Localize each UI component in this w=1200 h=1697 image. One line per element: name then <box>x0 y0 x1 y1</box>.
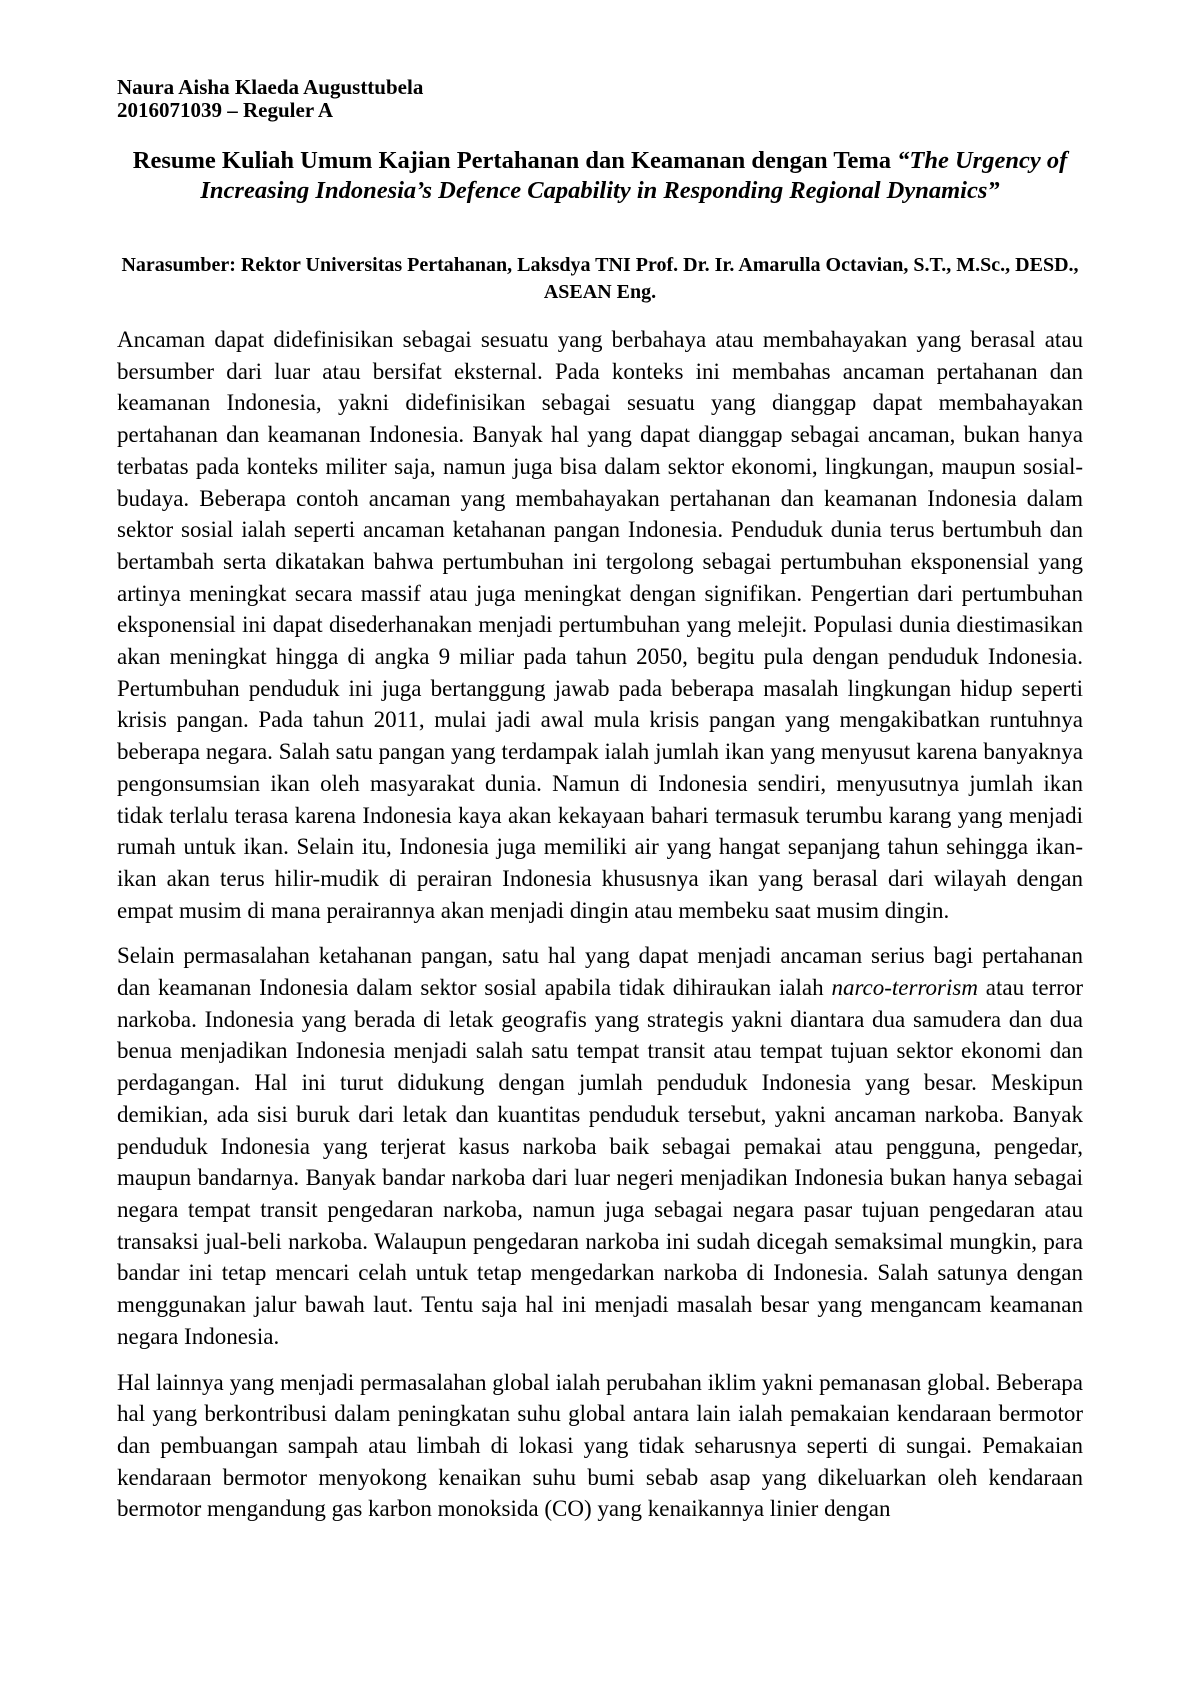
title-text: Resume Kuliah Umum Kajian Pertahanan dan… <box>133 147 897 174</box>
speaker-line: Narasumber: Rektor Universitas Pertahana… <box>121 252 1079 306</box>
document-page: Naura Aisha Klaeda Augusttubela 20160710… <box>0 0 1200 1697</box>
author-block: Naura Aisha Klaeda Augusttubela 20160710… <box>117 76 1083 122</box>
paragraph-2: Selain permasalahan ketahanan pangan, sa… <box>117 940 1083 1352</box>
paragraph-2-italic-term: narco-terrorism <box>831 975 978 1000</box>
paragraph-1: Ancaman dapat didefinisikan sebagai sesu… <box>117 324 1083 926</box>
paragraph-3: Hal lainnya yang menjadi permasalahan gl… <box>117 1367 1083 1526</box>
document-title: Resume Kuliah Umum Kajian Pertahanan dan… <box>117 146 1083 206</box>
author-name: Naura Aisha Klaeda Augusttubela <box>117 76 1083 99</box>
paragraph-2-text-continued: atau terror narkoba. Indonesia yang bera… <box>117 975 1083 1349</box>
student-id: 2016071039 – Reguler A <box>117 99 1083 122</box>
